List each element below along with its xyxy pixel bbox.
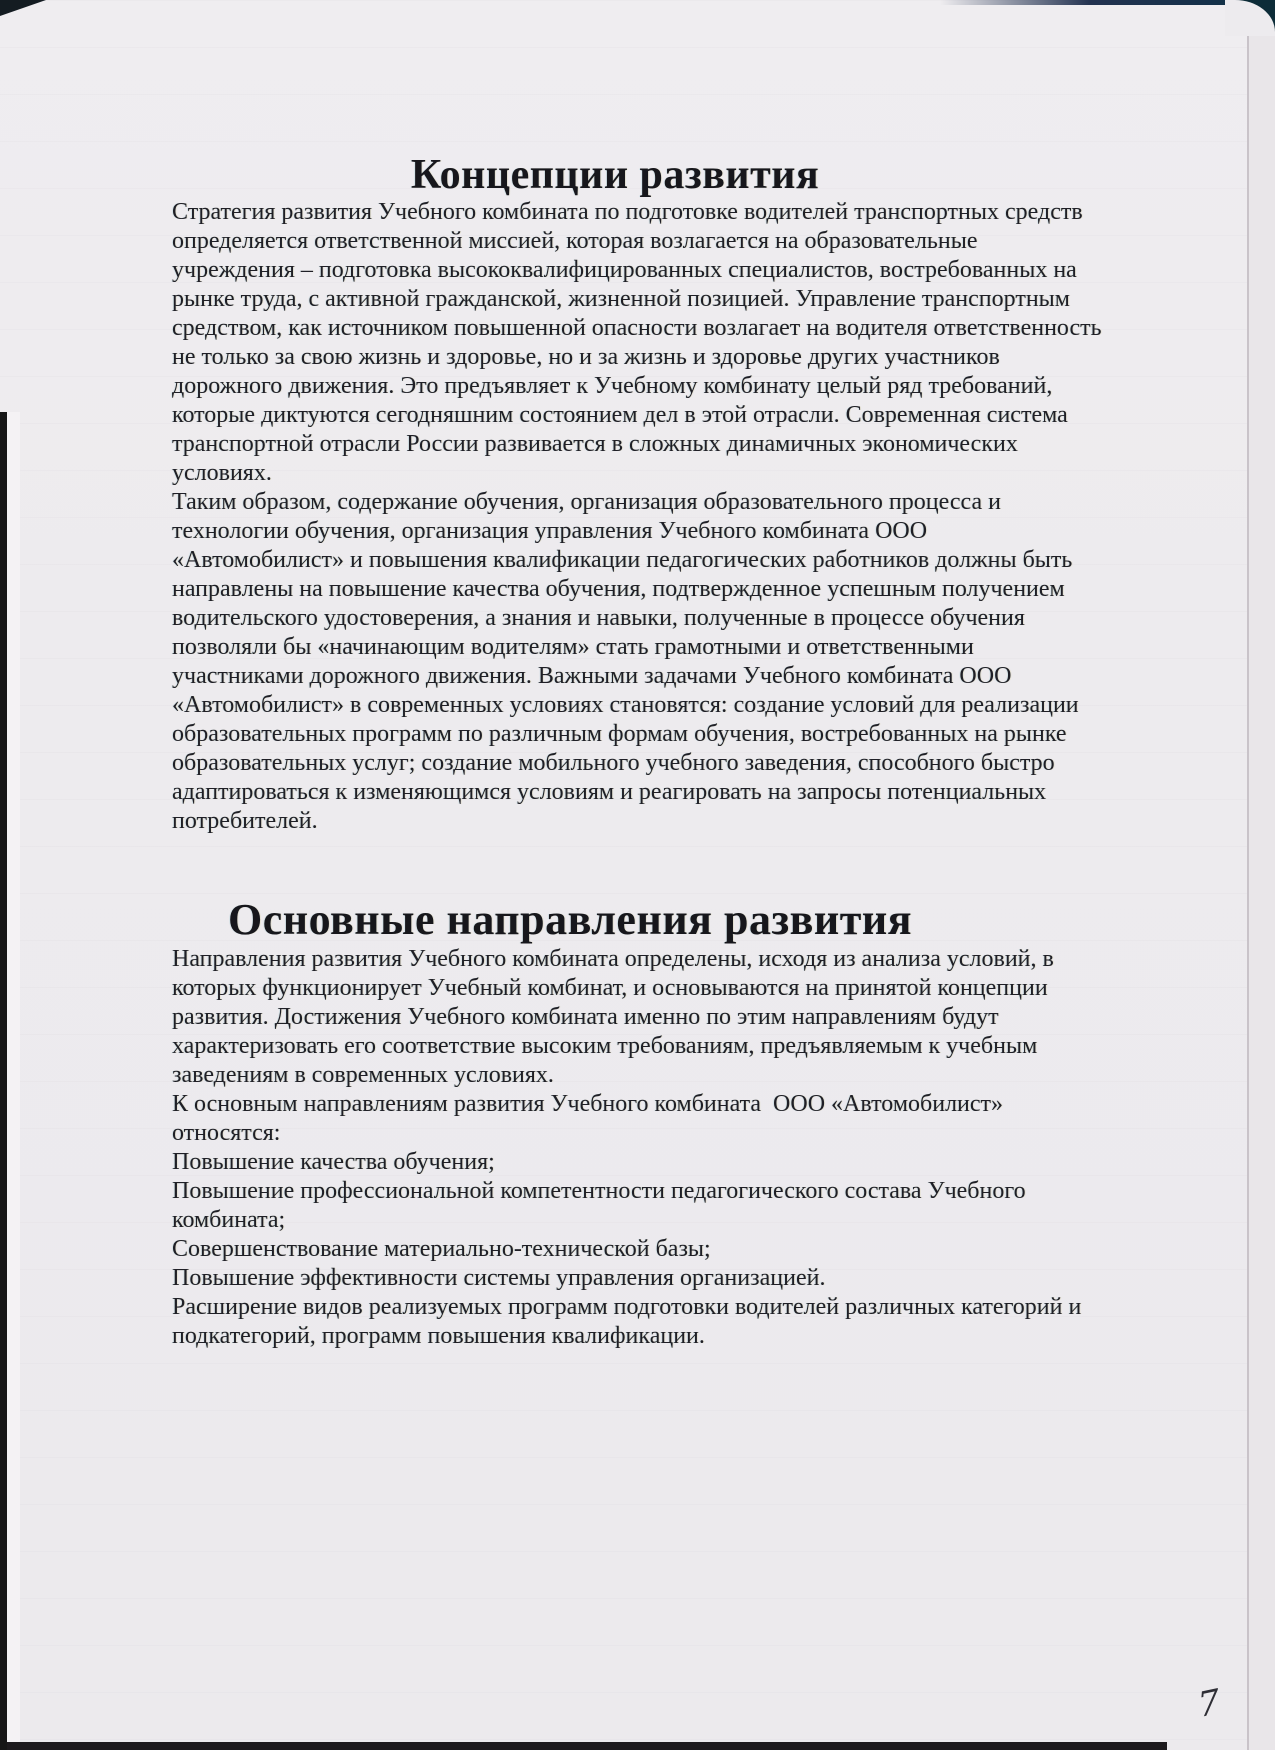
list-item-programs: Расширение видов реализуемых программ по… [172,1293,1058,1351]
paragraph-education-content: Таким образом, содержание обучения, орга… [172,488,1058,836]
scan-artifact-top-right-corner [1225,0,1275,36]
scanned-page: Концепции развития Стратегия развития Уч… [0,0,1275,1750]
scan-artifact-top-left [0,0,46,16]
handwritten-page-number: 7 [1196,1682,1221,1726]
page-edge-right [1247,0,1275,1750]
document-body: Концепции развития Стратегия развития Уч… [172,0,1058,1351]
paragraph-strategy: Стратегия развития Учебного комбината по… [172,198,1058,488]
list-item-quality: Повышение качества обучения; [172,1148,1058,1177]
scan-artifact-bottom-edge [7,1742,1167,1750]
list-item-management: Повышение эффективности системы управлен… [172,1264,1058,1293]
section-title-main-directions: Основные направления развития [142,896,998,944]
paragraph-directions-intro: Направления развития Учебного комбината … [172,945,1058,1090]
list-item-competence: Повышение профессиональной компетентност… [172,1177,1058,1235]
section-title-concepts: Концепции развития [172,152,1058,198]
list-item-material-base: Совершенствование материально-техническо… [172,1235,1058,1264]
page-edge-left-highlight [7,412,20,1750]
scan-artifact-left-edge [0,412,7,1750]
paragraph-directions-lead-in: К основным направлениям развития Учебног… [172,1090,1058,1148]
